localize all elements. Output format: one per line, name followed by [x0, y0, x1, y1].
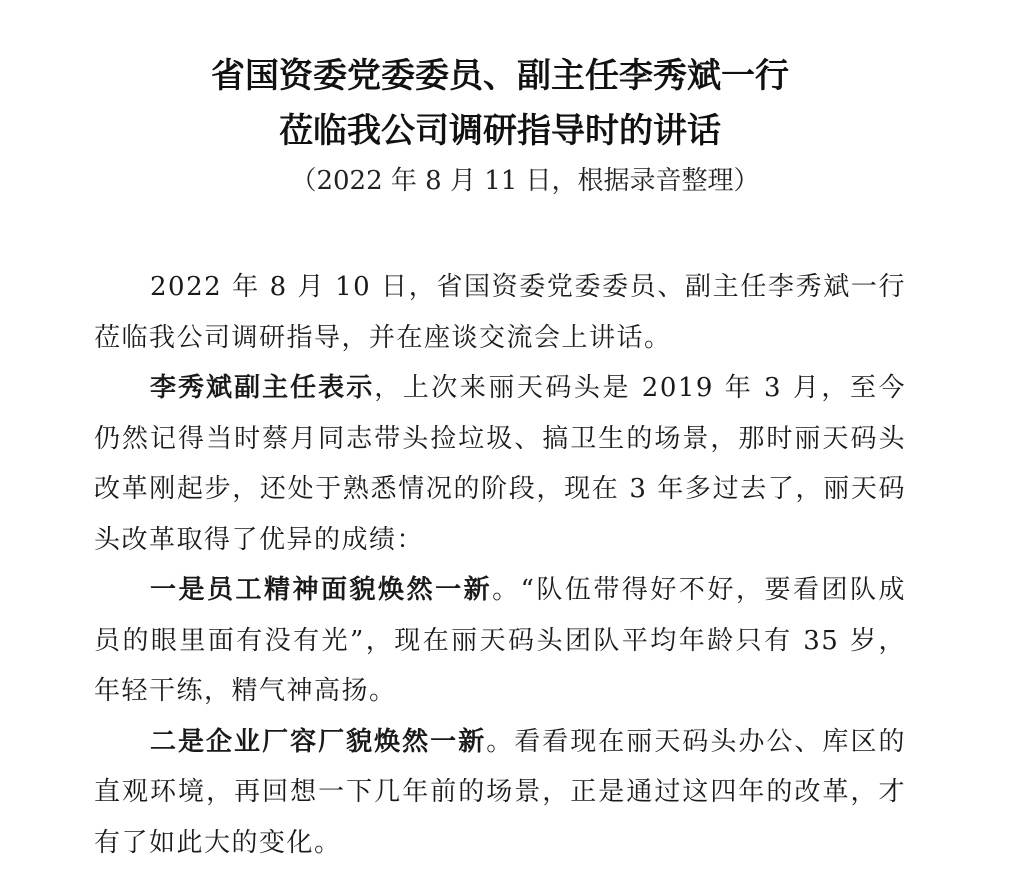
paragraph-point-two: 二是企业厂容厂貌焕然一新。看看现在丽天码头办公、库区的直观环境，再回想一下几年前…: [94, 717, 906, 869]
document-body: 2022 年 8 月 10 日，省国资委党委委员、副主任李秀斌一行莅临我公司调研…: [94, 262, 906, 868]
paragraph-text: 2022 年 8 月 10 日，省国资委党委委员、副主任李秀斌一行莅临我公司调研…: [94, 272, 906, 353]
paragraph-lead: 二是企业厂容厂貌焕然一新: [150, 727, 486, 757]
paragraph-point-one: 一是员工精神面貌焕然一新。“队伍带得好不好，要看团队成员的眼里面有没有光”，现在…: [94, 565, 906, 717]
document-title-line-2: 莅临我公司调研指导时的讲话: [0, 111, 1000, 151]
paragraph-lead: 一是员工精神面貌焕然一新: [150, 575, 492, 605]
paragraph-lead: 李秀斌副主任表示: [150, 373, 374, 403]
document-title-line-1: 省国资委党委委员、副主任李秀斌一行: [0, 56, 1000, 96]
paragraph-remarks: 李秀斌副主任表示，上次来丽天码头是 2019 年 3 月，至今仍然记得当时蔡月同…: [94, 363, 906, 565]
document-page: 省国资委党委委员、副主任李秀斌一行 莅临我公司调研指导时的讲话 （2022 年 …: [0, 0, 1032, 870]
document-subtitle: （2022 年 8 月 11 日，根据录音整理）: [0, 163, 1032, 199]
paragraph-intro: 2022 年 8 月 10 日，省国资委党委委员、副主任李秀斌一行莅临我公司调研…: [94, 262, 906, 363]
